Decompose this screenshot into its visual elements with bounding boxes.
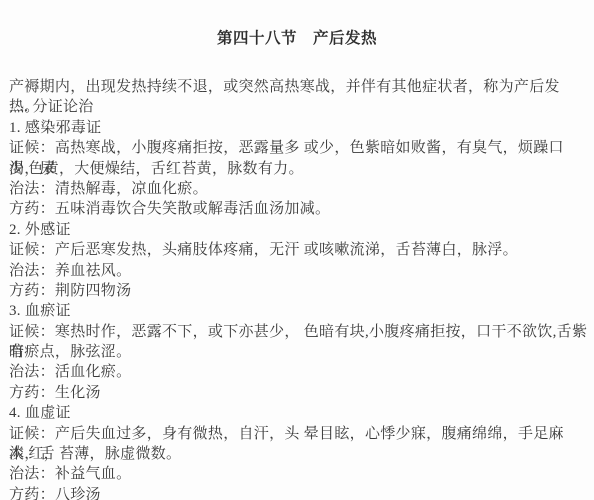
- text-line-pattern-3-zhenghou-1: 证候：寒热时作，恶露不下，或下亦甚少， 色暗有块,小腹疼痛拒按，口干不欲饮,舌紫…: [9, 322, 588, 342]
- text-line-pattern-4-zhenghou-2: 淡 红，苔薄，脉虚微数。: [9, 444, 588, 464]
- text-line-pattern-2-fangyao: 方药：荆防四物汤: [9, 281, 588, 301]
- text-line-pattern-4-zhenghou-1: 证候：产后失血过多，身有微热，自汗，头 晕目眩，心悸少寐，腹痛绵绵，手足麻木，舌: [9, 424, 588, 444]
- text-line-pattern-2-zhenghou: 证候：产后恶寒发热，头痛肢体疼痛，无汗 或咳嗽流涕，舌苔薄白，脉浮。: [9, 240, 588, 260]
- text-line-pattern-4-fangyao: 方药：八珍汤: [9, 485, 588, 500]
- document-page: 第四十八节 产后发热 产褥期内，出现发热持续不退，或突然高热寒战，并伴有其他症状…: [0, 0, 594, 500]
- text-line-pattern-1-fangyao: 方药：五味消毒饮合失笑散或解毒活血汤加减。: [9, 199, 588, 219]
- text-line-pattern-3-zhenghou-2: 有瘀点，脉弦涩。: [9, 342, 588, 362]
- text-line-pattern-3-zhifa: 治法：活血化瘀。: [9, 362, 588, 382]
- text-line-pattern-3-fangyao: 方药：生化汤: [9, 383, 588, 403]
- text-line-intro: 产褥期内，出现发热持续不退，或突然高热寒战，并伴有其他症状者，称为产后发热。: [9, 77, 588, 97]
- text-line-pattern-1-title: 1. 感染邪毒证: [9, 118, 588, 138]
- text-line-pattern-1-zhifa: 治法：清热解毒，凉血化瘀。: [9, 179, 588, 199]
- section-title: 第四十八节 产后发热: [0, 0, 594, 48]
- text-line-pattern-1-zhenghou-1: 证候：高热寒战，小腹疼痛拒按，恶露量多 或少，色紫暗如败酱，有臭气，烦躁口渴，尿: [9, 138, 588, 158]
- text-line-heading-lunzhi: 二. 分证论治: [9, 97, 588, 117]
- text-line-pattern-1-zhenghou-2: 少 色黄，大便燥结，舌红苔黄，脉数有力。: [9, 159, 588, 179]
- text-line-pattern-2-zhifa: 治法：养血祛风。: [9, 261, 588, 281]
- text-line-pattern-4-zhifa: 治法：补益气血。: [9, 464, 588, 484]
- text-line-pattern-3-title: 3. 血瘀证: [9, 301, 588, 321]
- text-line-pattern-2-title: 2. 外感证: [9, 220, 588, 240]
- text-line-pattern-4-title: 4. 血虚证: [9, 403, 588, 423]
- document-body: 产褥期内，出现发热持续不退，或突然高热寒战，并伴有其他症状者，称为产后发热。 二…: [0, 77, 594, 500]
